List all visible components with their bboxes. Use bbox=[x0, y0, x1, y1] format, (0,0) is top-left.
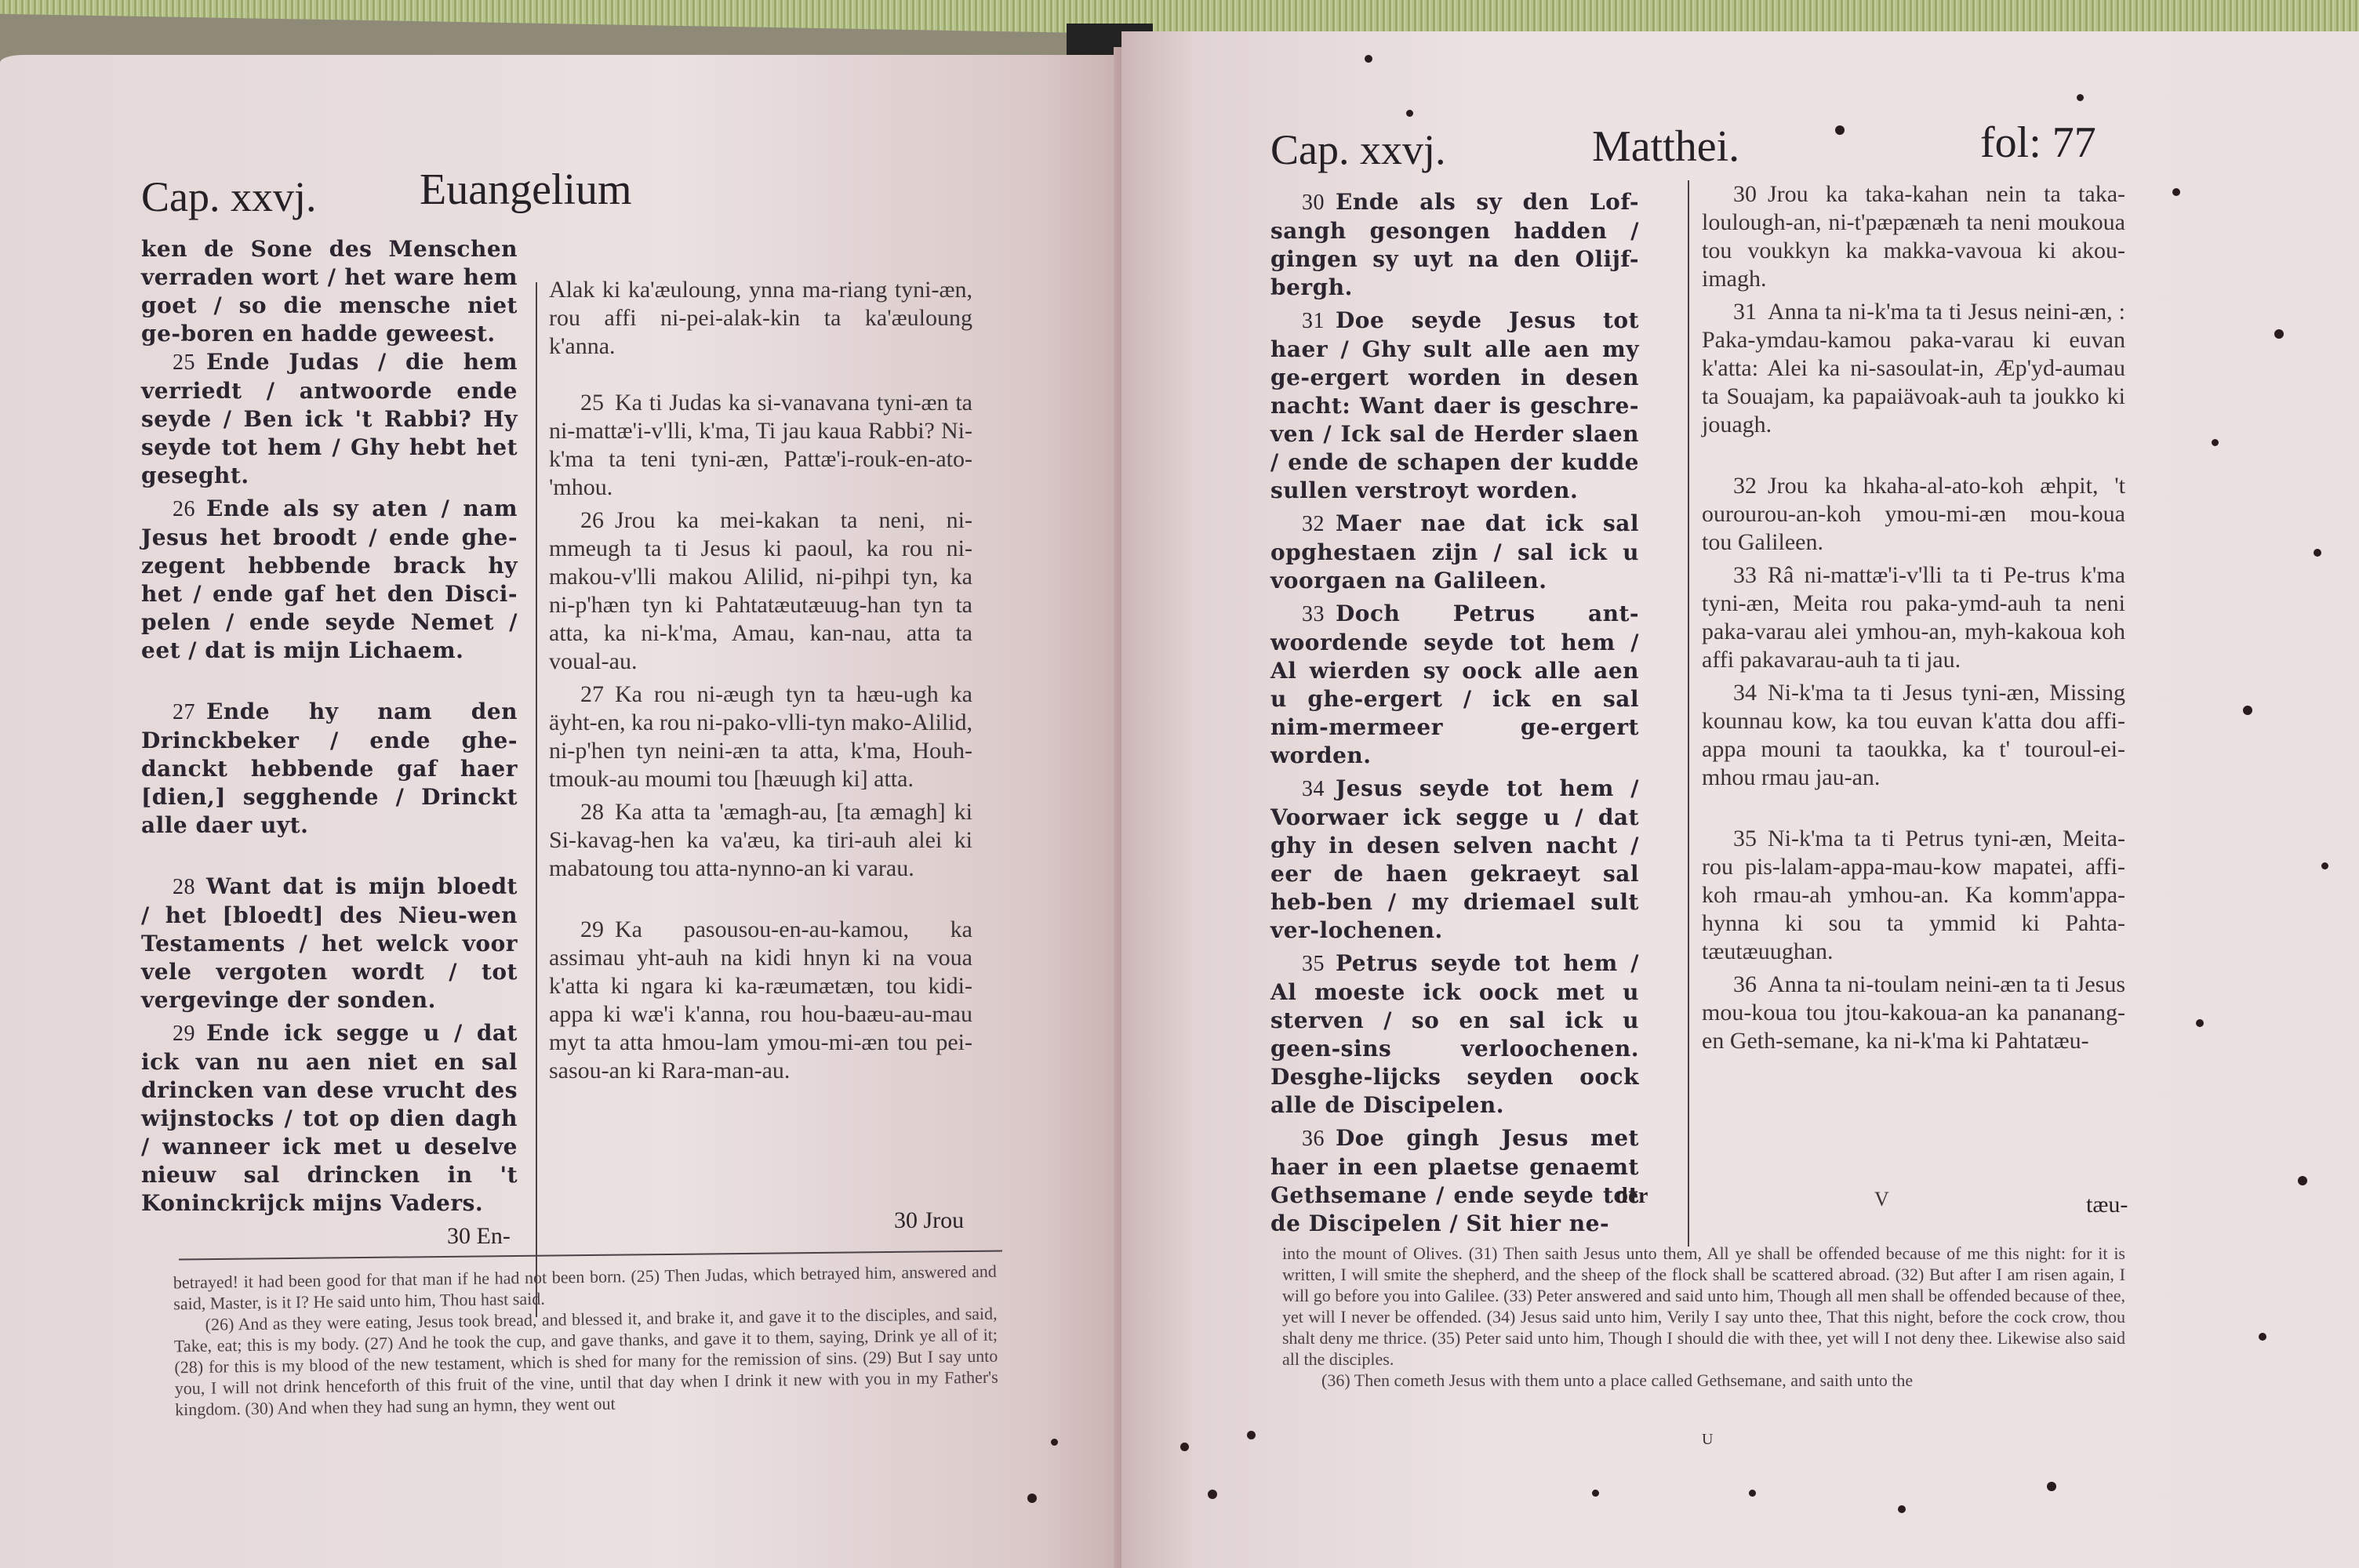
verse-33: 33Doch Petrus ant-woordende seyde tot he… bbox=[1270, 600, 1639, 770]
verse-32: 32Maer nae dat ick sal opghestaen zijn /… bbox=[1270, 510, 1639, 595]
left-dutch-catchword: 30 En- bbox=[447, 1223, 511, 1250]
verse-28: 28Ka atta ta 'æmagh-au, [ta æmagh] ki Si… bbox=[549, 798, 972, 883]
left-english-footnote: betrayed! it had been good for that man … bbox=[173, 1261, 999, 1421]
footnote-rule bbox=[179, 1250, 1002, 1261]
verse-27: 27Ka rou ni-æugh tyn ta hæu-ugh ka äyht-… bbox=[549, 681, 972, 793]
verse-29: 29Ka pasousou-en-au-kamou, ka assimau yh… bbox=[549, 916, 972, 1085]
verse-31: 31Doe seyde Jesus tot haer / Ghy sult al… bbox=[1270, 307, 1639, 505]
right-formosan-catchword: tæu- bbox=[2086, 1192, 2128, 1218]
verse-35: 35Ni-k'ma ta ti Petrus tyni-æn, Meita-ro… bbox=[1702, 825, 2125, 966]
verse-30: 30Ende als sy den Lof-sangh gesongen had… bbox=[1270, 188, 1639, 302]
verse-31: 31Anna ta ni-k'ma ta ti Jesus neini-æn, … bbox=[1702, 298, 2125, 439]
left-formosan-catchword: 30 Jrou bbox=[894, 1207, 964, 1234]
verse-24-cont: Alak ki ka'æuloung, ynna ma-riang tyni-æ… bbox=[549, 276, 972, 361]
verse-32: 32Jrou ka hkaha-al-ato-koh æhpit, 't our… bbox=[1702, 472, 2125, 557]
verse-25: 25Ka ti Judas ka si-vanavana tyni-æn ta … bbox=[549, 389, 972, 502]
verse-27: 27Ende hy nam den Drinckbeker / ende ghe… bbox=[141, 698, 518, 840]
folio-number: fol: 77 bbox=[1980, 118, 2096, 168]
verse-26: 26Ende als sy aten / nam Jesus het brood… bbox=[141, 495, 518, 665]
footnote-signature-mark: U bbox=[1702, 1431, 1713, 1449]
left-page: Cap. xxvj. Euangelium ken de Sone des Me… bbox=[0, 55, 1121, 1568]
verse-28: 28Want dat is mijn bloedt / het [bloedt]… bbox=[141, 873, 518, 1014]
left-page-title: Euangelium bbox=[420, 165, 632, 215]
verse-34: 34Ni-k'ma ta ti Jesus tyni-æn, Missing k… bbox=[1702, 679, 2125, 792]
right-page: Cap. xxvj. Matthei. fol: 77 30Ende als s… bbox=[1121, 31, 2359, 1568]
verse-25: 25Ende Judas / die hem verriedt / antwoo… bbox=[141, 348, 518, 490]
right-formosan-column: 30Jrou ka taka-kahan nein ta taka-loulou… bbox=[1702, 180, 2125, 1060]
verse-33: 33Râ ni-mattæ'i-v'lli ta ti Pe-trus k'ma… bbox=[1702, 561, 2125, 674]
column-divider bbox=[536, 282, 537, 1317]
signature-mark: V bbox=[1874, 1188, 1889, 1211]
verse-26: 26Jrou ka mei-kakan ta neni, ni-mmeugh t… bbox=[549, 506, 972, 676]
left-formosan-column: Alak ki ka'æuloung, ynna ma-riang tyni-æ… bbox=[549, 276, 972, 1090]
verse-29: 29Ende ick segge u / dat ick van nu aen … bbox=[141, 1019, 518, 1218]
left-dutch-column: ken de Sone des Menschen verraden wort /… bbox=[141, 235, 518, 1222]
right-english-footnote: into the mount of Olives. (31) Then sait… bbox=[1282, 1243, 2125, 1391]
verse-36: 36Anna ta ni-toulam neini-æn ta ti Jesus… bbox=[1702, 971, 2125, 1055]
verse-24-cont: ken de Sone des Menschen verraden wort /… bbox=[141, 235, 518, 348]
right-page-title: Matthei. bbox=[1592, 122, 1739, 172]
right-dutch-column: 30Ende als sy den Lof-sangh gesongen had… bbox=[1270, 188, 1639, 1243]
right-chapter-heading: Cap. xxvj. bbox=[1270, 125, 1446, 174]
verse-36: 36Doe gingh Jesus met haer in een plaets… bbox=[1270, 1124, 1639, 1238]
verse-34: 34Jesus seyde tot hem / Voorwaer ick seg… bbox=[1270, 775, 1639, 945]
verse-35: 35Petrus seyde tot hem / Al moeste ick o… bbox=[1270, 949, 1639, 1120]
left-chapter-heading: Cap. xxvj. bbox=[141, 172, 317, 221]
verse-30: 30Jrou ka taka-kahan nein ta taka-loulou… bbox=[1702, 180, 2125, 293]
column-divider bbox=[1688, 180, 1689, 1247]
right-dutch-catchword: der bbox=[1616, 1184, 1648, 1209]
